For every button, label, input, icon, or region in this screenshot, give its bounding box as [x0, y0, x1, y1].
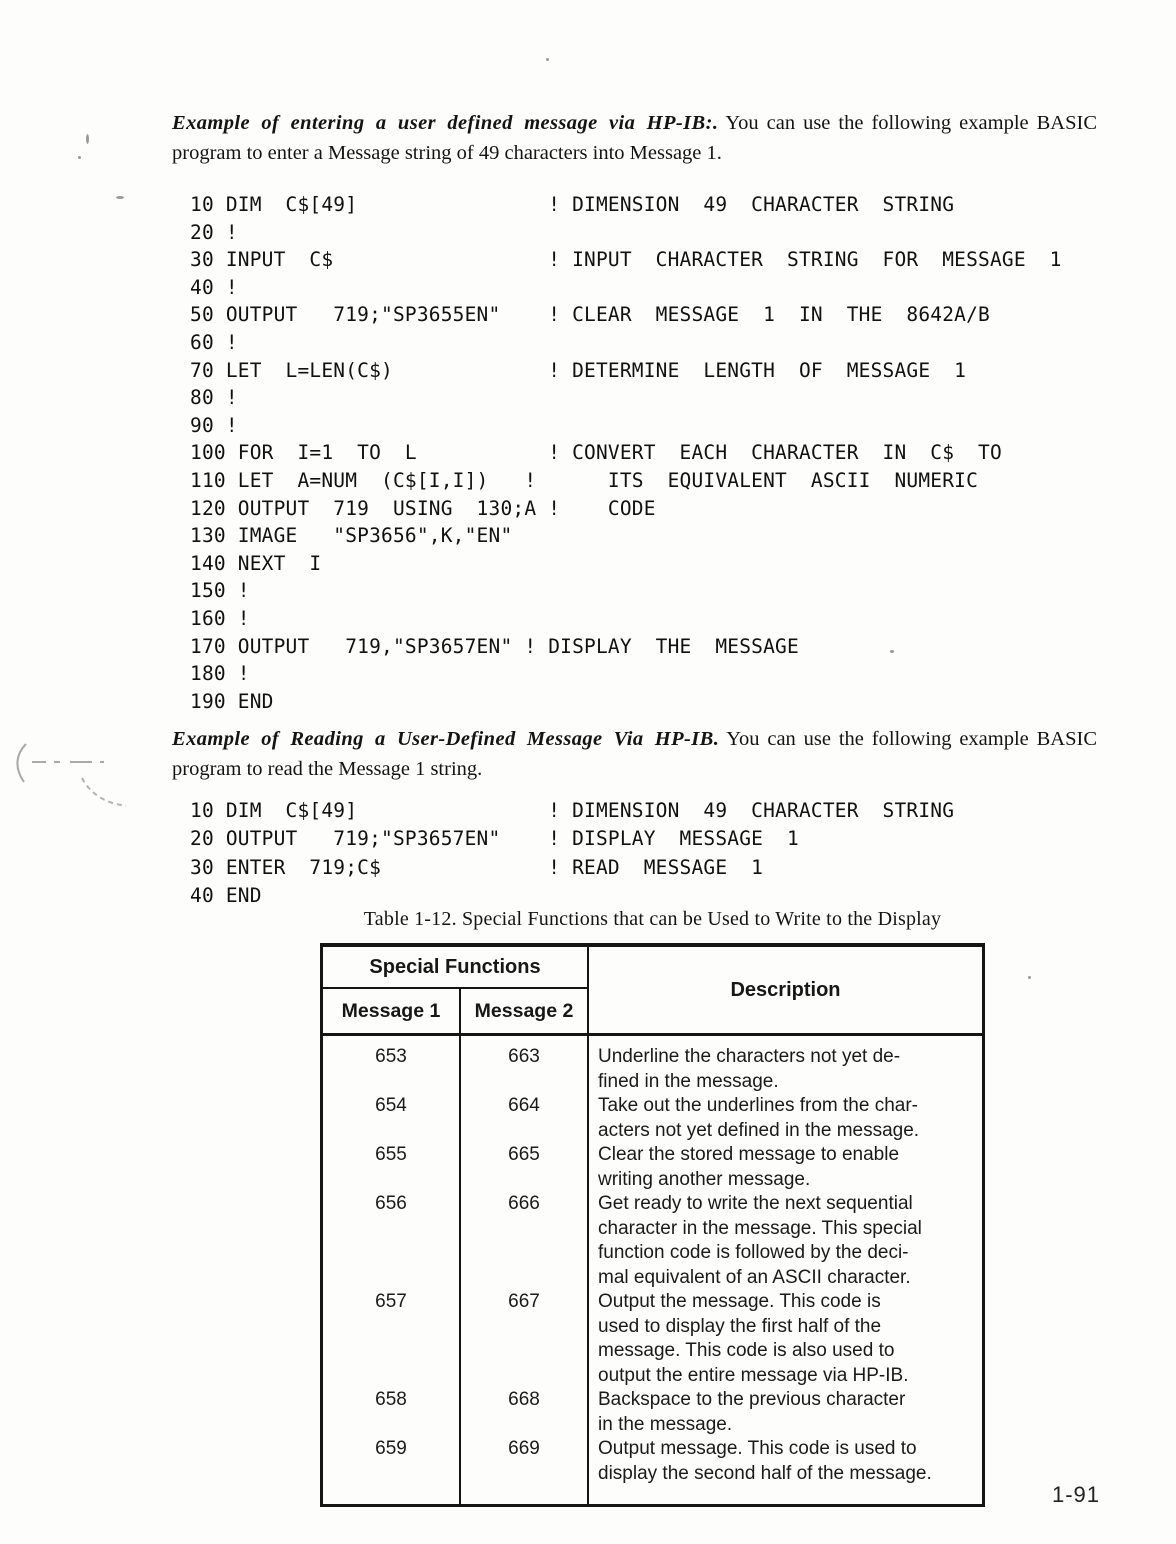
header-special-functions: Special Functions: [323, 947, 589, 989]
table-row: 653663Underline the characters not yet d…: [323, 1036, 982, 1094]
message-2-code: 669: [461, 1437, 589, 1486]
table-body: 653663Underline the characters not yet d…: [323, 1036, 982, 1486]
paragraph-reading-message: Example of Reading a User-Defined Messag…: [172, 724, 1097, 784]
page-number: 1-91: [1052, 1482, 1100, 1508]
description-cell: Underline the characters not yet de- fin…: [589, 1036, 982, 1094]
message-1-code: 653: [323, 1036, 461, 1094]
pencil-mark-artifact: [4, 732, 184, 822]
scan-speck: [86, 134, 89, 144]
table-row: 659669Output message. This code is used …: [323, 1437, 982, 1486]
paragraph-heading: Example of Reading a User-Defined Messag…: [172, 728, 719, 750]
scan-speck: [78, 156, 81, 159]
paragraph-entering-message: Example of entering a user defined messa…: [172, 108, 1097, 168]
message-2-code: 664: [461, 1094, 589, 1143]
message-1-code: 654: [323, 1094, 461, 1143]
table-row: 656666Get ready to write the next sequen…: [323, 1192, 982, 1290]
description-cell: Output message. This code is used to dis…: [589, 1437, 982, 1486]
paragraph-heading: Example of entering a user defined messa…: [172, 112, 718, 134]
table-row: 658668Backspace to the previous characte…: [323, 1388, 982, 1437]
description-cell: Backspace to the previous character in t…: [589, 1388, 982, 1437]
description-cell: Take out the underlines from the char- a…: [589, 1094, 982, 1143]
scan-speck: [546, 58, 549, 61]
basic-listing-read-message: 10 DIM C$[49] ! DIMENSION 49 CHARACTER S…: [190, 797, 954, 911]
message-2-code: 663: [461, 1036, 589, 1094]
message-2-code: 667: [461, 1290, 589, 1388]
table-header: Special Functions Description Message 1 …: [323, 947, 982, 1036]
manual-page: Example of entering a user defined messa…: [0, 0, 1176, 1544]
scan-speck: [116, 196, 124, 199]
message-1-code: 659: [323, 1437, 461, 1486]
message-1-code: 657: [323, 1290, 461, 1388]
table-row: 654664Take out the underlines from the c…: [323, 1094, 982, 1143]
table-row: 657667Output the message. This code is u…: [323, 1290, 982, 1388]
special-functions-table: Special Functions Description Message 1 …: [320, 943, 985, 1507]
header-message-1: Message 1: [323, 989, 461, 1033]
description-cell: Get ready to write the next sequential c…: [589, 1192, 982, 1290]
header-description: Description: [589, 947, 982, 1033]
table-caption: Table 1-12. Special Functions that can b…: [320, 908, 985, 931]
table-bottom-filler: [323, 1486, 982, 1504]
basic-listing-enter-message: 10 DIM C$[49] ! DIMENSION 49 CHARACTER S…: [190, 191, 1062, 715]
description-cell: Output the message. This code is used to…: [589, 1290, 982, 1388]
scan-speck: [890, 650, 894, 653]
message-2-code: 665: [461, 1143, 589, 1192]
message-1-code: 656: [323, 1192, 461, 1290]
message-2-code: 668: [461, 1388, 589, 1437]
table-row: 655665Clear the stored message to enable…: [323, 1143, 982, 1192]
message-2-code: 666: [461, 1192, 589, 1290]
message-1-code: 658: [323, 1388, 461, 1437]
description-cell: Clear the stored message to enable writi…: [589, 1143, 982, 1192]
header-message-2: Message 2: [461, 989, 589, 1033]
scan-speck: [1028, 976, 1031, 979]
message-1-code: 655: [323, 1143, 461, 1192]
